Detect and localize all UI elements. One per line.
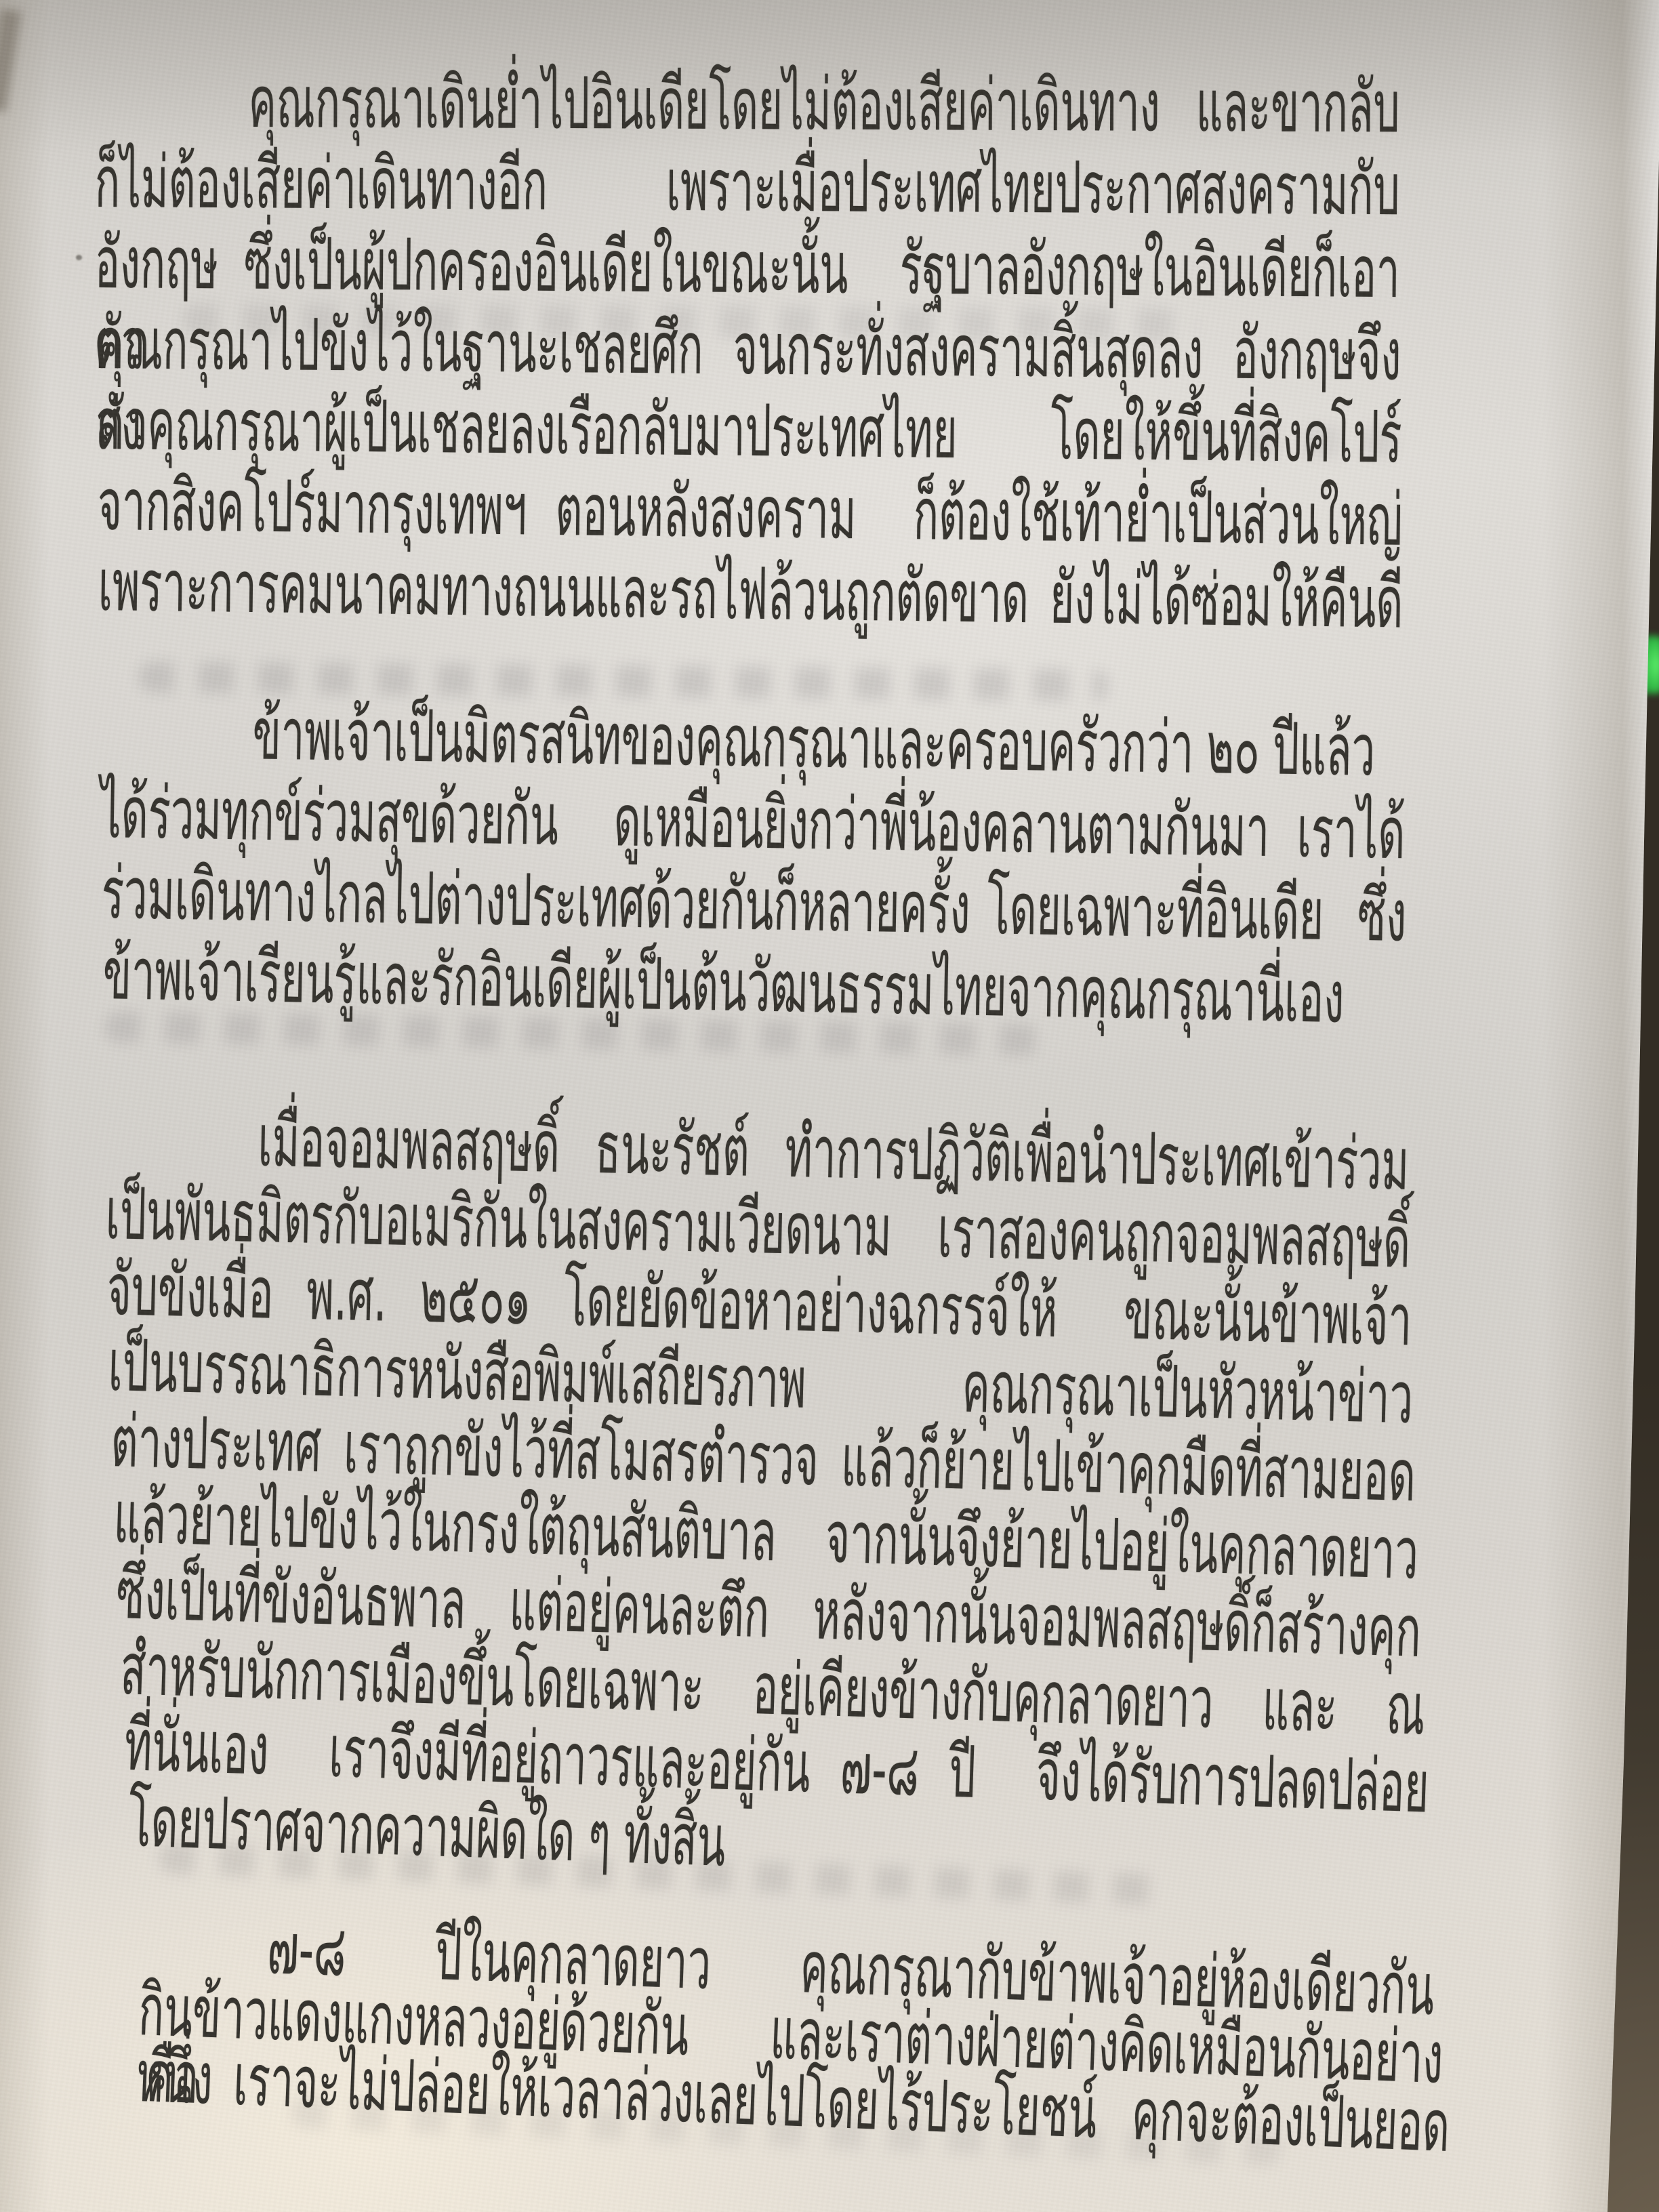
paragraph-3: เมื่อจอมพลสฤษดิ์ ธนะรัชต์ ทำการปฏิวัติเพ… <box>95 1100 1399 1859</box>
line-text: ตัวคุณกรุณาผู้เป็นเชลยลงเรือกลับมาประเทศ… <box>96 384 1402 478</box>
paragraph-4: ๗-๘ ปีในคุกลาดยาว คุณกรุณากับข้าพเจ้าอยู… <box>95 1910 1399 2110</box>
text-line: ตัวคุณกรุณาผู้เป็นเชลยลงเรือกลับมาประเทศ… <box>96 384 1401 478</box>
line-text: ก็ไม่ต้องเสียค่าเดินทางอีก เพราะเมื่อประ… <box>95 142 1400 230</box>
book-page: คุณกรุณาเดินย่ำไปอินเดียโดยไม่ต้องเสียค่… <box>0 0 1659 2212</box>
paragraph-1: คุณกรุณาเดินย่ำไปอินเดียโดยไม่ต้องเสียค่… <box>95 61 1399 626</box>
paragraph-2: ข้าพเจ้าเป็นมิตรสนิทของคุณกรุณาและครอบคร… <box>95 691 1399 1014</box>
text-line: คุณกรุณาไปขังไว้ในฐานะเชลยศึก จนกระทั่งส… <box>96 303 1401 395</box>
page-text: คุณกรุณาเดินย่ำไปอินเดียโดยไม่ต้องเสียค่… <box>95 61 1399 2110</box>
line-text: เพราะการคมนาคมทางถนนและรถไฟล้วนถูกตัดขาด… <box>98 545 1404 643</box>
stray-ink-dot <box>76 255 82 260</box>
text-line: เพราะการคมนาคมทางถนนและรถไฟล้วนถูกตัดขาด… <box>98 545 1403 643</box>
book-page-photo: คุณกรุณาเดินย่ำไปอินเดียโดยไม่ต้องเสียค่… <box>0 0 1659 2212</box>
text-line: คุณกรุณาเดินย่ำไปอินเดียโดยไม่ต้องเสียค่… <box>95 61 1400 147</box>
line-text: คุณกรุณาเดินย่ำไปอินเดียโดยไม่ต้องเสียค่… <box>95 61 1400 147</box>
text-line: ก็ไม่ต้องเสียค่าเดินทางอีก เพราะเมื่อประ… <box>95 142 1400 230</box>
corner-smudge <box>0 9 22 112</box>
text-line: อังกฤษ ซึ่งเป็นผู้ปกครองอินเดียในขณะนั้น… <box>95 222 1400 312</box>
